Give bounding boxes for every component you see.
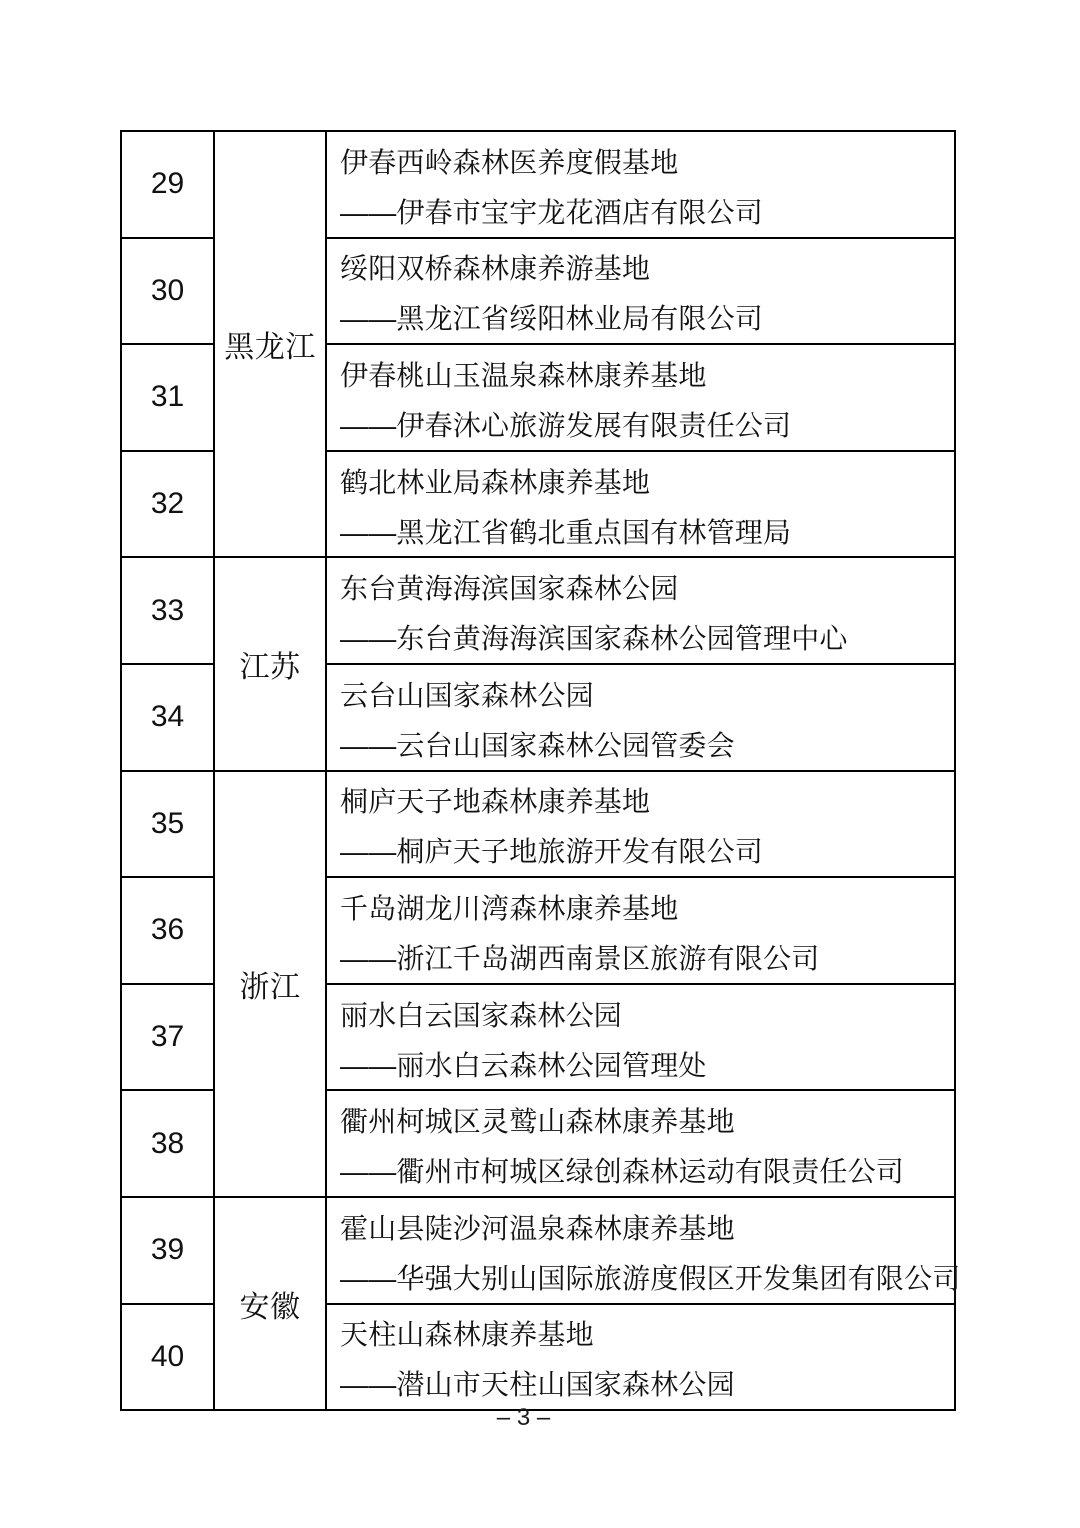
row-number: 37 [121,984,214,1091]
base-cell: 东台黄海海滨国家森林公园 ——东台黄海海滨国家森林公园管理中心 [326,557,955,664]
row-number: 36 [121,877,214,984]
base-cell: 绥阳双桥森林康养游基地 ——黑龙江省绥阳林业局有限公司 [326,238,955,345]
row-number: 30 [121,238,214,345]
base-name: 千岛湖龙川湾森林康养基地 [340,894,950,923]
operator-name: ——东台黄海海滨国家森林公园管理中心 [340,624,950,653]
base-cell: 鹤北林业局森林康养基地 ——黑龙江省鹤北重点国有林管理局 [326,451,955,558]
operator-name: ——黑龙江省绥阳林业局有限公司 [340,304,950,333]
table-row: 35 浙江 桐庐天子地森林康养基地 ——桐庐天子地旅游开发有限公司 [121,771,955,878]
row-number: 29 [121,131,214,238]
base-name: 伊春西岭森林医养度假基地 [340,148,950,177]
table-row: 33 江苏 东台黄海海滨国家森林公园 ——东台黄海海滨国家森林公园管理中心 [121,557,955,664]
row-number: 40 [121,1304,214,1411]
province-cell: 黑龙江 [214,131,326,557]
document-page: 29 黑龙江 伊春西岭森林医养度假基地 ——伊春市宝宇龙花酒店有限公司 30 绥… [0,0,1080,1528]
base-cell: 云台山国家森林公园 ——云台山国家森林公园管委会 [326,664,955,771]
base-name: 衢州柯城区灵鹫山森林康养基地 [340,1107,950,1136]
table-row: 29 黑龙江 伊春西岭森林医养度假基地 ——伊春市宝宇龙花酒店有限公司 [121,131,955,238]
row-number: 39 [121,1197,214,1304]
row-number: 31 [121,344,214,451]
operator-name: ——华强大别山国际旅游度假区开发集团有限公司 [340,1264,950,1293]
province-cell: 安徽 [214,1197,326,1410]
base-name: 鹤北林业局森林康养基地 [340,468,950,497]
base-cell: 千岛湖龙川湾森林康养基地 ——浙江千岛湖西南景区旅游有限公司 [326,877,955,984]
province-cell: 江苏 [214,557,326,770]
base-cell: 伊春桃山玉温泉森林康养基地 ——伊春沐心旅游发展有限责任公司 [326,344,955,451]
base-name: 桐庐天子地森林康养基地 [340,787,950,816]
operator-name: ——浙江千岛湖西南景区旅游有限公司 [340,944,950,973]
base-name: 天柱山森林康养基地 [340,1320,950,1349]
base-cell: 丽水白云国家森林公园 ——丽水白云森林公园管理处 [326,984,955,1091]
base-cell: 伊春西岭森林医养度假基地 ——伊春市宝宇龙花酒店有限公司 [326,131,955,238]
table-row: 39 安徽 霍山县陡沙河温泉森林康养基地 ——华强大别山国际旅游度假区开发集团有… [121,1197,955,1304]
forest-base-list-table: 29 黑龙江 伊春西岭森林医养度假基地 ——伊春市宝宇龙花酒店有限公司 30 绥… [120,130,956,1411]
operator-name: ——黑龙江省鹤北重点国有林管理局 [340,518,950,547]
base-name: 云台山国家森林公园 [340,681,950,710]
row-number: 34 [121,664,214,771]
page-number: – 3 – [120,1404,927,1432]
operator-name: ——伊春市宝宇龙花酒店有限公司 [340,198,950,227]
base-cell: 衢州柯城区灵鹫山森林康养基地 ——衢州市柯城区绿创森林运动有限责任公司 [326,1090,955,1197]
operator-name: ——伊春沐心旅游发展有限责任公司 [340,411,950,440]
operator-name: ——衢州市柯城区绿创森林运动有限责任公司 [340,1157,950,1186]
row-number: 38 [121,1090,214,1197]
row-number: 32 [121,451,214,558]
operator-name: ——桐庐天子地旅游开发有限公司 [340,837,950,866]
row-number: 33 [121,557,214,664]
row-number: 35 [121,771,214,878]
operator-name: ——丽水白云森林公园管理处 [340,1051,950,1080]
base-cell: 霍山县陡沙河温泉森林康养基地 ——华强大别山国际旅游度假区开发集团有限公司 [326,1197,955,1304]
base-name: 伊春桃山玉温泉森林康养基地 [340,361,950,390]
base-name: 霍山县陡沙河温泉森林康养基地 [340,1214,950,1243]
base-name: 东台黄海海滨国家森林公园 [340,574,950,603]
base-name: 绥阳双桥森林康养游基地 [340,254,950,283]
base-name: 丽水白云国家森林公园 [340,1001,950,1030]
province-cell: 浙江 [214,771,326,1197]
operator-name: ——潜山市天柱山国家森林公园 [340,1370,950,1399]
base-cell: 桐庐天子地森林康养基地 ——桐庐天子地旅游开发有限公司 [326,771,955,878]
operator-name: ——云台山国家森林公园管委会 [340,731,950,760]
base-cell: 天柱山森林康养基地 ——潜山市天柱山国家森林公园 [326,1304,955,1411]
